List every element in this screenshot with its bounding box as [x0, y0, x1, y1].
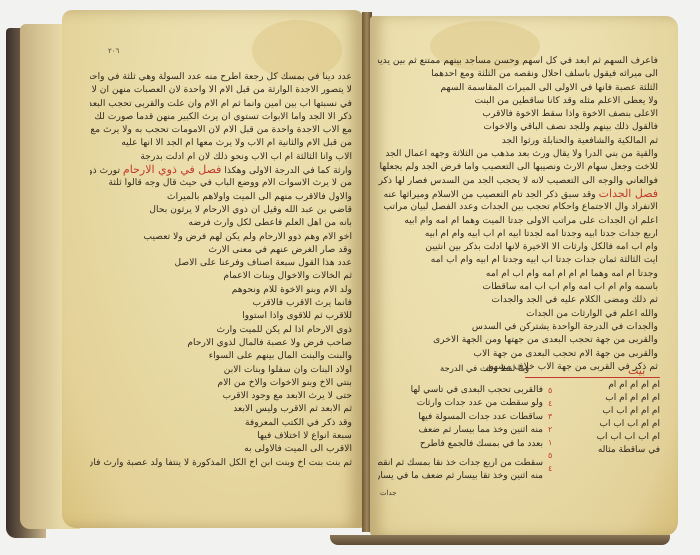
text-line: فصل الجدات وقد سبق ذكر الجد تام التعصيب … — [378, 187, 658, 200]
verse-line: فالقربى تحجب البعدى في تاسي لها — [378, 384, 543, 397]
verse-line: منه اثنين وخذ مما بيسار ثم ضعف — [378, 424, 543, 437]
verse-line: ساقطات عدد جدات المسولة فيها — [378, 411, 543, 424]
text-line: والقربى من جهة الام تحجب البعدى من جهة ا… — [378, 347, 658, 360]
text-line: ولد الام وبنو الاخوة للام ونحوهم — [90, 283, 352, 296]
text-line: ذوي الارحام اذا لم يكن للميت وارث — [90, 323, 352, 336]
verse-line: سقطت من اربع جدات خذ نقا بمسك ثم انقص — [378, 457, 543, 470]
open-manuscript-book: ٢٠٦ عدد دينا في بمسك كل رجعة اطرح منه عد… — [0, 0, 700, 555]
text-line: ايت الثالثة ثمان جدات جدتا اب ابيه وجدتا… — [378, 253, 658, 266]
folio-number: ٢٠٦ — [108, 47, 119, 55]
verse-intro: وما لفظ وثلث في الدرجة — [440, 364, 529, 374]
text-line: مع الاب الاجدة واحدة من قبل الام لان الا… — [90, 123, 352, 136]
text-line: الثلثة عصبة فانها في الاولى الى الميراث … — [378, 81, 658, 94]
lineage-row: ام ام ام اب اب — [560, 406, 660, 419]
rubric-heading: فصل في ذوي الارحام — [123, 163, 221, 176]
text-line: والبنت والبنت المال بينهم على السواء — [90, 349, 352, 362]
left-page-text: عدد دينا في بمسك كل رجعة اطرح منه عدد ال… — [90, 70, 352, 510]
rubric-heading: فصل الجدات — [599, 187, 658, 200]
text-line: اولاد البنات وان سفلوا وبنات الابن — [90, 363, 352, 376]
text-line: والاول فالاقرب منهم الى الميت واولاهم با… — [90, 190, 352, 203]
text-line: فالقول ذلك بينهم وللجد نصف الباقي والاخو… — [378, 120, 658, 133]
text-line: والله اعلم في الوارثات من الجدات — [378, 307, 658, 320]
lineage-row: ام اب اب اب اب — [560, 432, 660, 445]
text-line: لا يتصور الاجدة الوارثة من قبل الام الا … — [90, 83, 352, 96]
text-line: من قبل الام والثانية ام الاب ولا يرث معه… — [90, 136, 352, 149]
lineage-table: ام ام ام ام ام ام ام ام ام اب ام ام ام ا… — [560, 380, 660, 458]
text-line: ثم المالكية والشافعية والحنابلة ورثوا ال… — [378, 134, 658, 147]
right-page-text: فاعرف السهم ثم ابعد في كل اسهم وحسن مساج… — [378, 54, 658, 374]
text-line: باسمه وام ام اب امه وام اب اب امه ساقطات — [378, 280, 658, 293]
text-line: والقية من بني الدرا ولا يقال ورث بعد مذه… — [378, 147, 658, 160]
red-numerals: ٥ ٤ ٣ ٢ ١ ٥ ٤ — [548, 384, 558, 475]
lineage-row: ام ام ام ام اب — [560, 393, 660, 406]
catchword: جدات — [380, 489, 397, 497]
text-line: الانفراد وال الاجتماع واحكام تحجب بين ال… — [378, 200, 658, 213]
text-line: اعلم ان الجدات على مراتب الاولى جدتا الم… — [378, 214, 658, 227]
lineage-row: ام ام اب اب اب — [560, 419, 660, 432]
text-line: ثم بنت بنت اخ وبنت ابن اخ الكل المذكورة … — [90, 456, 352, 469]
text-line: فوالعاني والوجه الى التعصيب لانه لا يحجب… — [378, 174, 658, 187]
text-line: الى ميراثه فيقول باسلف احلال ونقصه من ال… — [378, 67, 658, 80]
text-line: قاضي بن عبد الله وقيل ان ذوي الارحام لا … — [90, 203, 352, 216]
lineage-row: ام ام ام ام ام — [560, 380, 660, 393]
text-line: عدد دينا في بمسك كل رجعة اطرح منه عدد ال… — [90, 70, 352, 83]
text-line: وارثة كما في الدرجة الاولى وهكذا فصل في … — [90, 163, 352, 176]
text-line: للاخت وجعل سهام الارث ونصيبها الى التعصي… — [378, 160, 658, 173]
verse-line: بعدد ما في بمسك فالجمع فاطرح — [378, 438, 543, 451]
verse-label: بيت — [628, 364, 645, 377]
text-line: ثم الخالات والاخوال وبنات الاعمام — [90, 269, 352, 282]
text-line: بنتي الاخ وبنو الاخوات والاخ من الام — [90, 376, 352, 389]
text-line: ذكر الا الجد واما الابوات تستوي ان يرث ا… — [90, 110, 352, 123]
text-line: الاب وانا الثالثة ام اب الاب ونحو ذلك لا… — [90, 150, 352, 163]
text-line: ثم ذلك ومضى الكلام عليه في الجد والجدات — [378, 293, 658, 306]
lineage-row: في ساقطة مثاله — [560, 445, 660, 458]
text-line: فانما يرث الاقرب فالاقرب — [90, 296, 352, 309]
text-line: الاقرب الى الميت فالاولى به — [90, 442, 352, 455]
text-line: وام اب امه فالكل وارثات الا الاخيرة لانه… — [378, 240, 658, 253]
text-line: وقد ذكر في الكتب المعروفة — [90, 416, 352, 429]
text-line: وقد صار الغرض عنهم في معنى الارث — [90, 243, 352, 256]
text-line: فاعرف السهم ثم ابعد في كل اسهم وحسن مساج… — [378, 54, 658, 67]
verse-line: ولو سقطت من عدد جدات وارثات — [378, 397, 543, 410]
text-line: من لا يرث الاسوات الام ووضع الباب في حيث… — [90, 176, 352, 189]
text-line: صاحب فرض ولا عصبة فالمال لذوي الارحام — [90, 336, 352, 349]
text-line: وجدتا ام امه وهما ام ام ام امه وام اب ام… — [378, 267, 658, 280]
text-line: ثم الابعد ثم الاقرب وليس الابعد — [90, 402, 352, 415]
verse-block: فالقربى تحجب البعدى في تاسي لها ولو سقطت… — [378, 384, 543, 484]
text-line: سبعة انواع لا اختلاف فيها — [90, 429, 352, 442]
text-line: الاعلى بنصف الاخوة واذا سقط الاخوة فالاق… — [378, 107, 658, 120]
text-line: عدد هذا القول سبعة اصناف وفرعنا على الاص… — [90, 256, 352, 269]
text-line: اربع جدات جدتا ابيه وجدتا امه لجدتا ابيه… — [378, 227, 658, 240]
red-rule — [525, 377, 660, 378]
text-line: حتى لا يرث الابعد مع وجود الاقرب — [90, 389, 352, 402]
verse-line: منه اثنين وخذ تقا بيسار ثم ضعف ما في يسا… — [378, 470, 543, 483]
text-line: للاقرب ثم للاقوى واذا استووا — [90, 309, 352, 322]
text-line: في نسبتها اب بين امين وانما ثم ام الام و… — [90, 97, 352, 110]
text-line: بانه من اهل العلم فاعطى لكل وارث فرضه — [90, 216, 352, 229]
text-line: والقربى من جهة تحجب البعدى من جهتها ومن … — [378, 333, 658, 346]
book-bottom-edge — [330, 535, 670, 545]
text-line: والجدات في الدرجة الواحدة يشتركن في السد… — [378, 320, 658, 333]
text-line: اخو الام وهم ذوو الارحام ولم يكن لهم فرض… — [90, 230, 352, 243]
text-line: ولا يعطى الاعلم مثله وقد كانا ساقطين من … — [378, 94, 658, 107]
